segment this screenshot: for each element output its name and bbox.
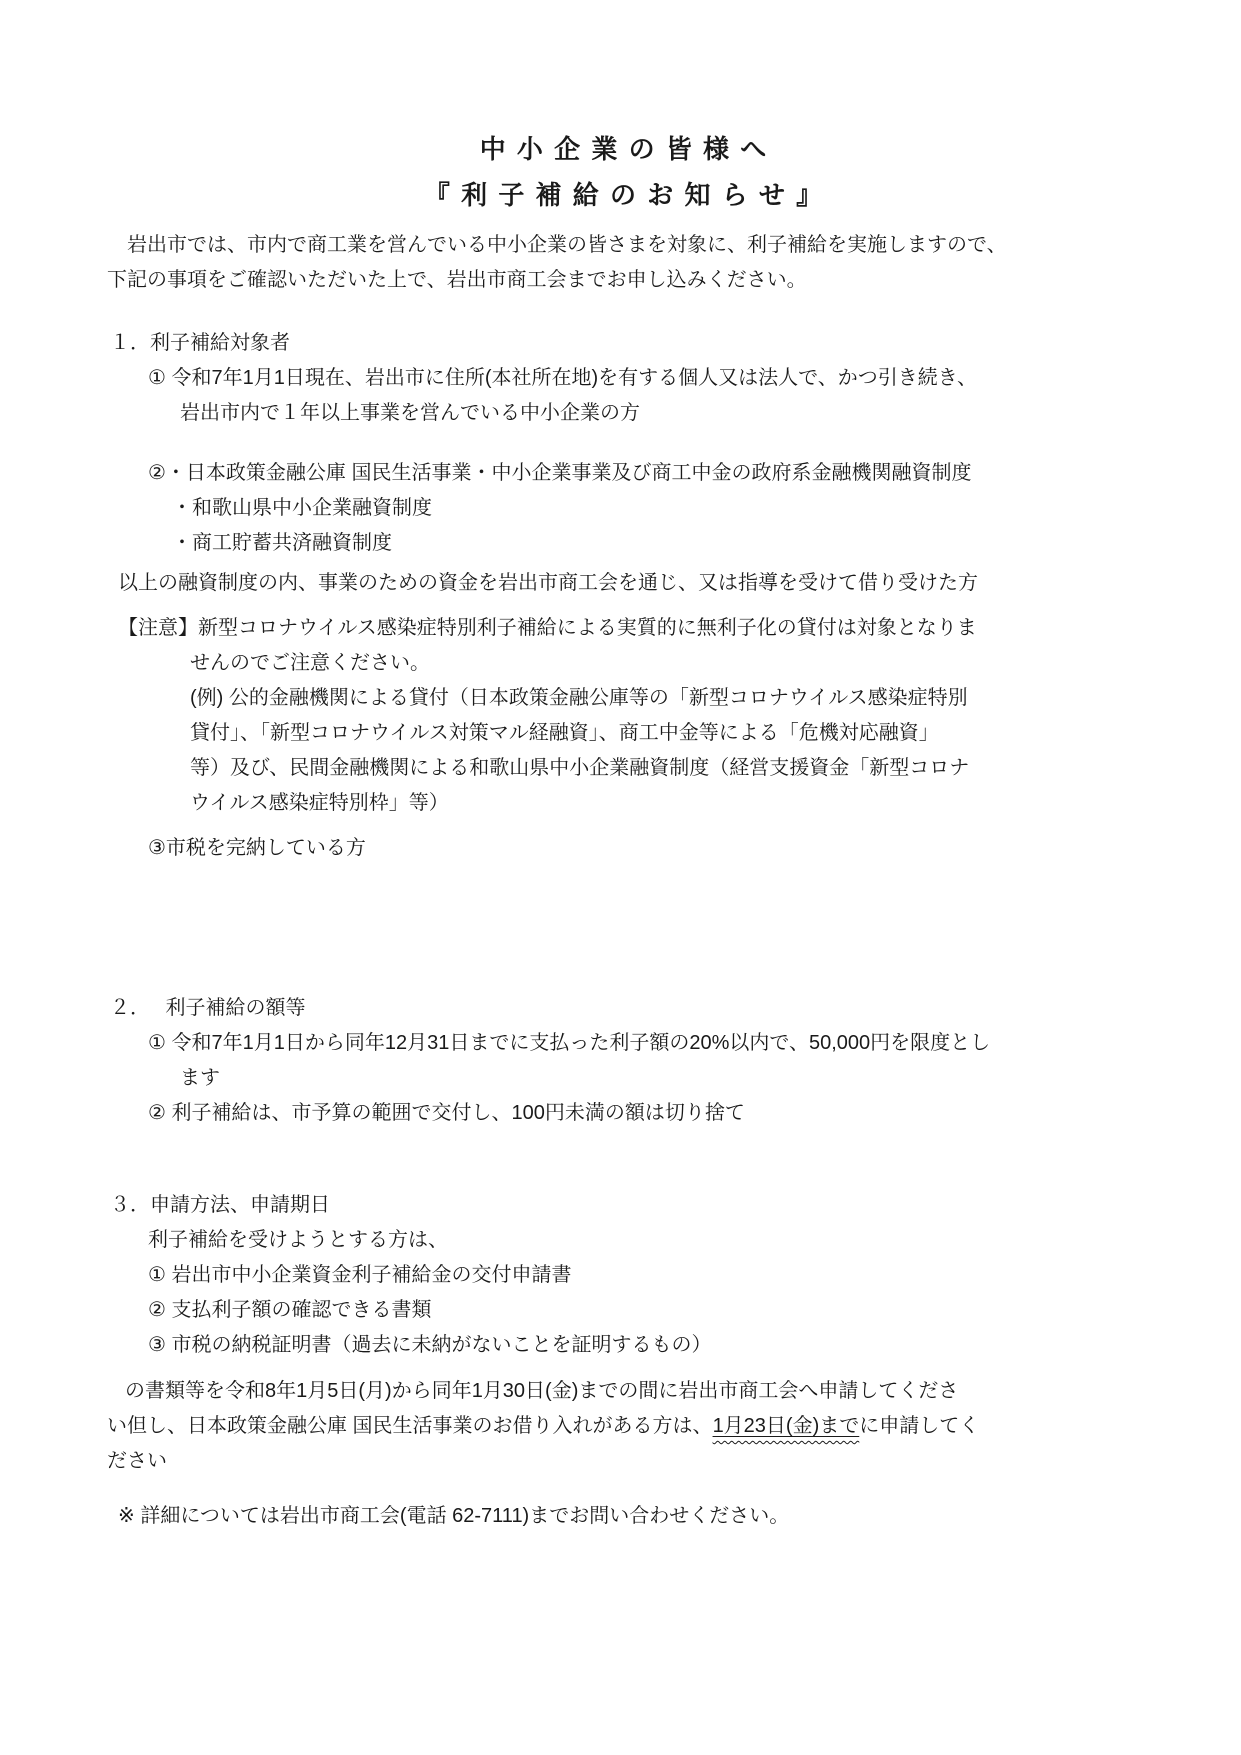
caution-line-6: ウイルス感染症特別枠」等） — [190, 786, 1141, 821]
caution-line-4: 貸付」、「新型コロナウイルス対策マル経融資」、商工中金等による「危機対応融資」 — [190, 716, 1141, 751]
section-3-item-1: ① 岩出市中小企業資金利子補給金の交付申請書 — [148, 1258, 1141, 1293]
section-1-item-1-line-2: 岩出市内で１年以上事業を営んでいる中小企業の方 — [180, 396, 1141, 431]
section-1-item-1-line-1: ① 令和7年1月1日現在、岩出市に住所(本社所在地)を有する個人又は法人で、かつ… — [148, 361, 1141, 396]
section-1-heading: １．利子補給対象者 — [110, 326, 1141, 361]
intro-paragraph: 岩出市では、市内で商工業を営んでいる中小企業の皆さまを対象に、利子補給を実施しま… — [107, 228, 1141, 298]
intro-line-1: 岩出市では、市内で商工業を営んでいる中小企業の皆さまを対象に、利子補給を実施しま… — [107, 228, 1141, 263]
section-1-item-2-bullet-2: ・商工貯蓄共済融資制度 — [172, 526, 1141, 561]
section-1-item-1: ① 令和7年1月1日現在、岩出市に住所(本社所在地)を有する個人又は法人で、かつ… — [107, 361, 1141, 431]
section-3-heading: ３．申請方法、申請期日 — [110, 1188, 1141, 1223]
section-1-item-2-line-1: ②・日本政策金融公庫 国民生活事業・中小企業事業及び商工中金の政府系金融機関融資… — [148, 456, 1141, 491]
apply-line-2: い但し、日本政策金融公庫 国民生活事業のお借り入れがある方は、1月23日(金)ま… — [107, 1409, 1141, 1444]
section-2-item-1-line-1: ① 令和7年1月1日から同年12月31日までに支払った利子額の20%以内で、50… — [148, 1026, 1141, 1061]
deadline-underline-text: 1月23日(金)まで — [713, 1415, 860, 1437]
caution-block: 【注意】新型コロナウイルス感染症特別利子補給による実質的に無利子化の貸付は対象と… — [107, 611, 1141, 821]
section-2-heading: ２． 利子補給の額等 — [110, 991, 1141, 1026]
section-2-item-2: ② 利子補給は、市予算の範囲で交付し、100円未満の額は切り捨て — [148, 1096, 1141, 1131]
deadline-underline: 1月23日(金)まで — [713, 1415, 860, 1437]
section-3-item-3: ③ 市税の納税証明書（過去に未納がないことを証明するもの） — [148, 1328, 1141, 1363]
apply-line-2-suffix: に申請してく — [859, 1415, 979, 1437]
apply-line-1: の書類等を令和8年1月5日(月)から同年1月30日(金)までの間に岩出市商工会へ… — [107, 1374, 1141, 1409]
section-2-item-1-line-2: ます — [180, 1061, 1141, 1096]
caution-line-5: 等）及び、民間金融機関による和歌山県中小企業融資制度（経営支援資金「新型コロナ — [190, 751, 1141, 786]
application-deadline-paragraph: の書類等を令和8年1月5日(月)から同年1月30日(金)までの間に岩出市商工会へ… — [107, 1374, 1141, 1479]
caution-line-2: せんのでご注意ください。 — [190, 646, 1141, 681]
caution-line-1: 【注意】新型コロナウイルス感染症特別利子補給による実質的に無利子化の貸付は対象と… — [118, 611, 1141, 646]
section-1-lead-sentence: 以上の融資制度の内、事業のための資金を岩出市商工会を通じ、又は指導を受けて借り受… — [118, 566, 1141, 601]
intro-line-2: 下記の事項をご確認いただいた上で、岩出市商工会までお申し込みください。 — [107, 263, 1141, 298]
section-3-body: 利子補給を受けようとする方は、 ① 岩出市中小企業資金利子補給金の交付申請書 ②… — [107, 1223, 1141, 1363]
apply-line-2-prefix: い但し、日本政策金融公庫 国民生活事業のお借り入れがある方は、 — [107, 1415, 713, 1437]
section-3-item-2: ② 支払利子額の確認できる書類 — [148, 1293, 1141, 1328]
section-2-item-1: ① 令和7年1月1日から同年12月31日までに支払った利子額の20%以内で、50… — [107, 1026, 1141, 1096]
document-title-line1: 中 小 企 業 の 皆 様 へ — [107, 126, 1141, 172]
document-page: 中 小 企 業 の 皆 様 へ 『 利 子 補 給 の お 知 ら せ 』 岩出… — [0, 0, 1241, 1755]
document-title-line2: 『 利 子 補 給 の お 知 ら せ 』 — [107, 172, 1141, 218]
section-1-item-2: ②・日本政策金融公庫 国民生活事業・中小企業事業及び商工中金の政府系金融機関融資… — [107, 456, 1141, 561]
contact-footer-note: ※ 詳細については岩出市商工会(電話 62-7111)までお問い合わせください。 — [118, 1499, 1141, 1534]
section-3-lead: 利子補給を受けようとする方は、 — [148, 1223, 1141, 1258]
caution-line-3: (例) 公的金融機関による貸付（日本政策金融公庫等の「新型コロナウイルス感染症特… — [190, 681, 1141, 716]
section-1-item-2-bullet-1: ・和歌山県中小企業融資制度 — [172, 491, 1141, 526]
apply-line-3: ださい — [107, 1444, 1141, 1479]
section-1-item-3: ③市税を完納している方 — [148, 831, 1141, 866]
